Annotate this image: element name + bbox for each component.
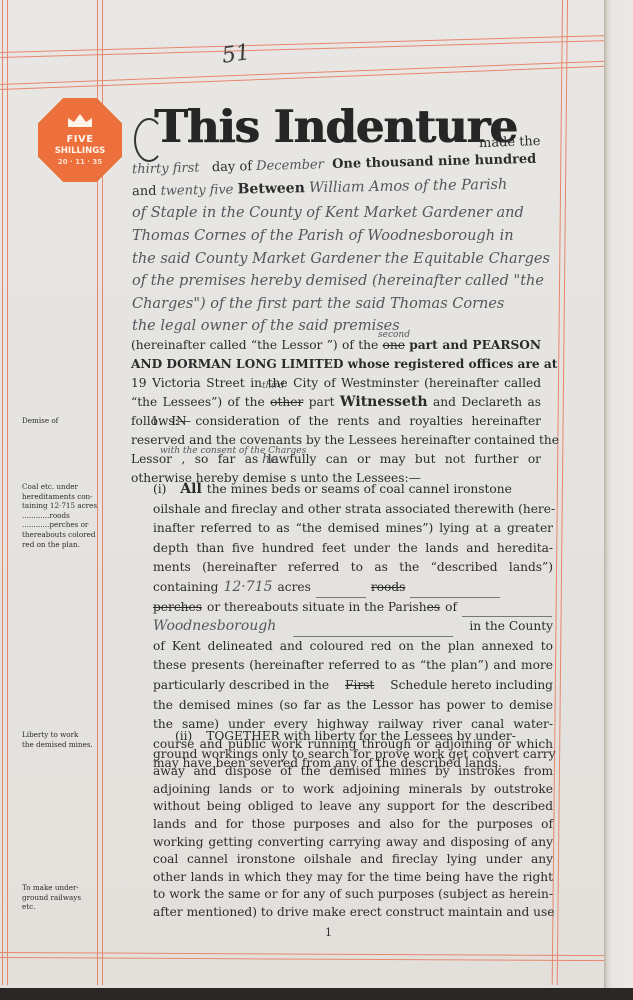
clause-row: 1. IN consideration of the rents and roy… [131,412,541,431]
page-number: 1 [325,926,332,939]
clause-row: the demised mines (so far as the Lessor … [153,696,553,716]
clause-row: to work the same or for any of such purp… [153,886,553,904]
recital-row: (hereinafter called “the Lessor ”) of th… [131,336,541,355]
margin-rule-left-outer [2,0,8,985]
county-row: Woodnesborough in the County [153,617,553,637]
recital-row: 19 Victoria Street in the City of Westmi… [131,374,541,393]
margin-note-railways: To make under- ground railways etc. [22,883,98,912]
header-rule-2 [0,61,606,90]
margin-note-coal: Coal etc. under hereditaments con- taini… [22,482,98,549]
handwritten-line: Thomas Cornes of the Parish of Woodnesbo… [132,228,542,244]
page-edge [604,0,633,1000]
struck-first: First [345,676,374,696]
between-line: and twenty five Between William Amos of … [132,177,508,200]
clause-row: Lessor , so far as lawfully can or may b… [131,450,541,469]
header-rule-1 [0,35,606,58]
clause-row: lands and for those purposes and also fo… [153,816,553,834]
clause-row: of Kent delineated and coloured red on t… [153,637,553,657]
struck-perches: perches [153,598,202,618]
handwritten-line: the legal owner of the said premises [132,318,542,334]
first-party-handwritten: William Amos of the Parish [309,177,508,196]
struck-roods: roods [371,578,406,598]
recital-row: AND DORMAN LONG LIMITED whose registered… [131,355,541,374]
stamp-value-line1: FIVE [38,134,122,145]
witnesseth-label: Witnesseth [340,394,428,410]
clause-row: after mentioned) to drive make erect con… [153,904,553,922]
clause-1-paragraph: 1. IN consideration of the rents and roy… [131,412,541,488]
clause-row: these presents (hereinafter referred to … [153,656,553,676]
parish-handwritten: Woodnesborough [153,617,276,637]
containing-row: containing 12·715 acres roods [153,578,553,598]
handwritten-line: of Staple in the County of Kent Market G… [132,205,542,221]
clause-row: coal cannel ironstone oilshale and firec… [153,851,553,869]
footer-rule [0,952,606,961]
clause-row: (i) All the mines beds or seams of coal … [153,480,553,500]
handwritten-line: the said County Market Gardener the Equi… [132,251,542,267]
document-title: This Indenture [154,100,517,153]
clause-row: ments (hereinafter referred to as the “d… [153,558,553,578]
schedule-row: particularly described in the First Sche… [153,676,553,696]
clause-row: depth than five hundred feet under the l… [153,539,553,559]
and-label: and [132,184,157,199]
clause-row: other lands in which they may for the ti… [153,869,553,887]
margin-rule-right [552,0,568,985]
date-line: thirty first day of December One thousan… [132,152,537,178]
struck-other: other [270,395,303,409]
handwritten-line: of the premises hereby demised (hereinaf… [132,273,542,289]
handwritten-line: Charges") of the first part the said Tho… [132,296,542,312]
day-handwritten: thirty first [132,161,200,178]
acreage-handwritten: 12·715 [223,578,272,598]
clause-row: away and dispose of the demised mines by… [153,763,553,781]
crown-icon [66,112,94,128]
five-shillings-duty-stamp: FIVE SHILLINGS 20 · 11 · 35 [38,98,122,182]
clause-row: adjoining lands or to work adjoining min… [153,781,553,799]
parish-row: perches or thereabouts situate in the Pa… [153,598,553,618]
clause-row: reserved and the covenants by the Lessee… [131,431,541,450]
recital-row: “the Lessees”) of the other part Witness… [131,393,541,412]
clause-row: oilshale and fireclay and other strata a… [153,500,553,520]
month-handwritten: December [256,157,324,174]
background-surface [0,988,633,1000]
margin-note-liberty: Liberty to work the demised mines. [22,730,98,749]
made-the: made the [479,134,541,151]
clause-row: inafter referred to as “the demised mine… [153,519,553,539]
he-handwritten: he [262,452,278,467]
day-of-label: day of [212,159,253,175]
clause-row: working getting converting carrying away… [153,834,553,852]
stamp-value-line2: SHILLINGS [38,146,122,156]
clause-row: without being obliged to leave any suppo… [153,798,553,816]
struck-one: one [383,338,405,352]
clause-ii-paragraph: (ii) TOGETHER with liberty for the Lesse… [153,728,553,922]
all-label: All [180,480,202,500]
year-printed: One thousand nine hundred [332,152,537,172]
clause-row: ground workings only to search for prove… [153,746,553,764]
clause-row: (ii) TOGETHER with liberty for the Lesse… [153,728,553,746]
indenture-page: 51 FIVE SHILLINGS 20 · 11 · 35 This Inde… [0,0,612,985]
stamp-date: 20 · 11 · 35 [38,158,122,166]
between-label: Between [237,180,305,197]
folio-number: 51 [220,40,251,69]
margin-note-demise: Demise of [22,416,98,426]
year-handwritten: twenty five [160,183,233,199]
